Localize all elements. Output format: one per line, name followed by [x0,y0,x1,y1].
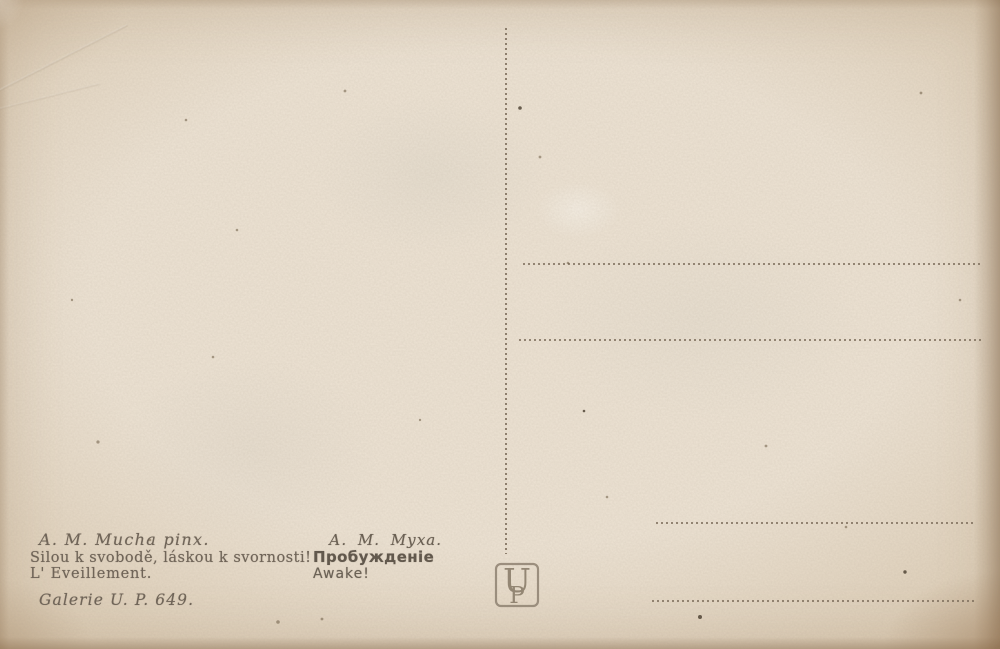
postcard-back: A. M. Mucha pinx. Silou k svobodě, lásko… [0,0,1000,649]
imprint-block: A. M. Mucha pinx. Silou k svobodě, lásko… [30,531,311,609]
logo-letter-p: P [509,583,524,608]
gallery-number: Galerie U. P. 649. [39,591,311,609]
address-line-1 [523,263,981,265]
divider-dotted-line [505,28,507,554]
artist-credit: A. M. Mucha pinx. [39,531,311,549]
english-title: Awake! [313,566,442,583]
corner-crease [0,24,128,94]
russian-title: Пробужденіе [313,549,442,566]
address-line-2 [519,339,983,341]
czech-motto: Silou k svobodě, láskou k svornosti! [30,551,311,567]
corner-crease [0,83,101,112]
up-monogram-logo: U P [494,562,540,608]
dark-specks [518,106,907,619]
titles-block: А. М. Муха. Пробужденіе Awake! [313,532,442,583]
french-title: L' Eveillement. [30,567,311,583]
address-line-4 [652,600,974,602]
artist-credit-russian: А. М. Муха. [329,532,442,549]
address-line-3 [656,522,976,524]
